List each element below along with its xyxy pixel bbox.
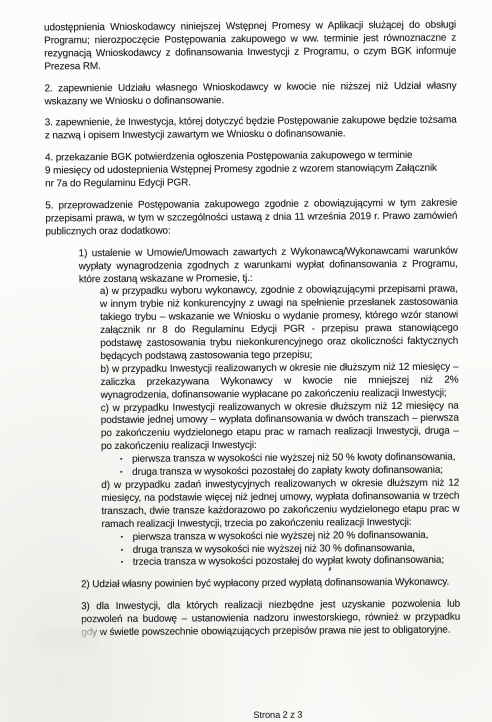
sub-item-d: d) w przypadku zadań inwestycyjnych real… [101,478,459,532]
sub-list-level-1: 1) ustalenie w Umowie/Umowach zawartych … [46,245,458,287]
sub-item-c: c) w przypadku Inwestycji realizowanych … [101,400,459,454]
sub-item-a: a) w przypadku wyboru wykonawcy, zgodnie… [100,284,459,364]
bleed-through-mark [36,626,98,650]
square-bullet-icon: ▪ [120,467,132,480]
square-bullet-icon: ▪ [120,454,132,467]
square-bullet-icon: ▪ [121,544,133,557]
list-item-2: 2. zapewnienie Udziału własnego Wnioskod… [44,80,456,109]
page-number: Strona 2 z 3 [49,707,492,722]
bullet-item: ▪ trzecia transza w wysokości pozostałej… [48,555,460,571]
sub-item-b: b) w przypadku Inwestycji realizowanych … [100,361,458,402]
scanned-document-page: udostępnienia Wnioskodawcy niniejszej Ws… [0,0,492,722]
sub-list-level-2: d) w przypadku zadań inwestycyjnych real… [47,478,459,533]
list-item-4: 4. przekazanie BGK potwierdzenia ogłosze… [45,150,457,192]
bullet-list-d: ▪ pierwsza transza w wysokości nie wyższ… [48,529,460,571]
sub-item-2: 2) Udział własny powinien być wypłacony … [81,577,460,593]
list-item-5: 5. przeprowadzenie Postępowania zakupowe… [45,198,457,240]
sub-list-level-1: 2) Udział własny powinien być wypłacony … [48,577,460,640]
sub-item-1: 1) ustalenie w Umowie/Umowach zawartych … [79,245,458,286]
paragraph-continuation: udostępnienia Wnioskodawcy niniejszej Ws… [44,20,456,75]
document-body: udostępnienia Wnioskodawcy niniejszej Ws… [44,20,460,641]
bullet-list-c: ▪ pierwsza transza w wysokości nie wyższ… [47,452,459,481]
list-item-3: 3. zapewnienie, że Inwestycja, której do… [45,115,457,144]
sub-list-level-2: a) w przypadku wyboru wykonawcy, zgodnie… [46,284,459,455]
square-bullet-icon: ▪ [121,531,133,544]
bullet-text: trzecia transza w wysokości pozostałej d… [133,555,460,570]
sub-item-3: 3) dla Inwestycji, dla których realizacj… [81,599,460,640]
square-bullet-icon: ▪ [121,557,133,570]
